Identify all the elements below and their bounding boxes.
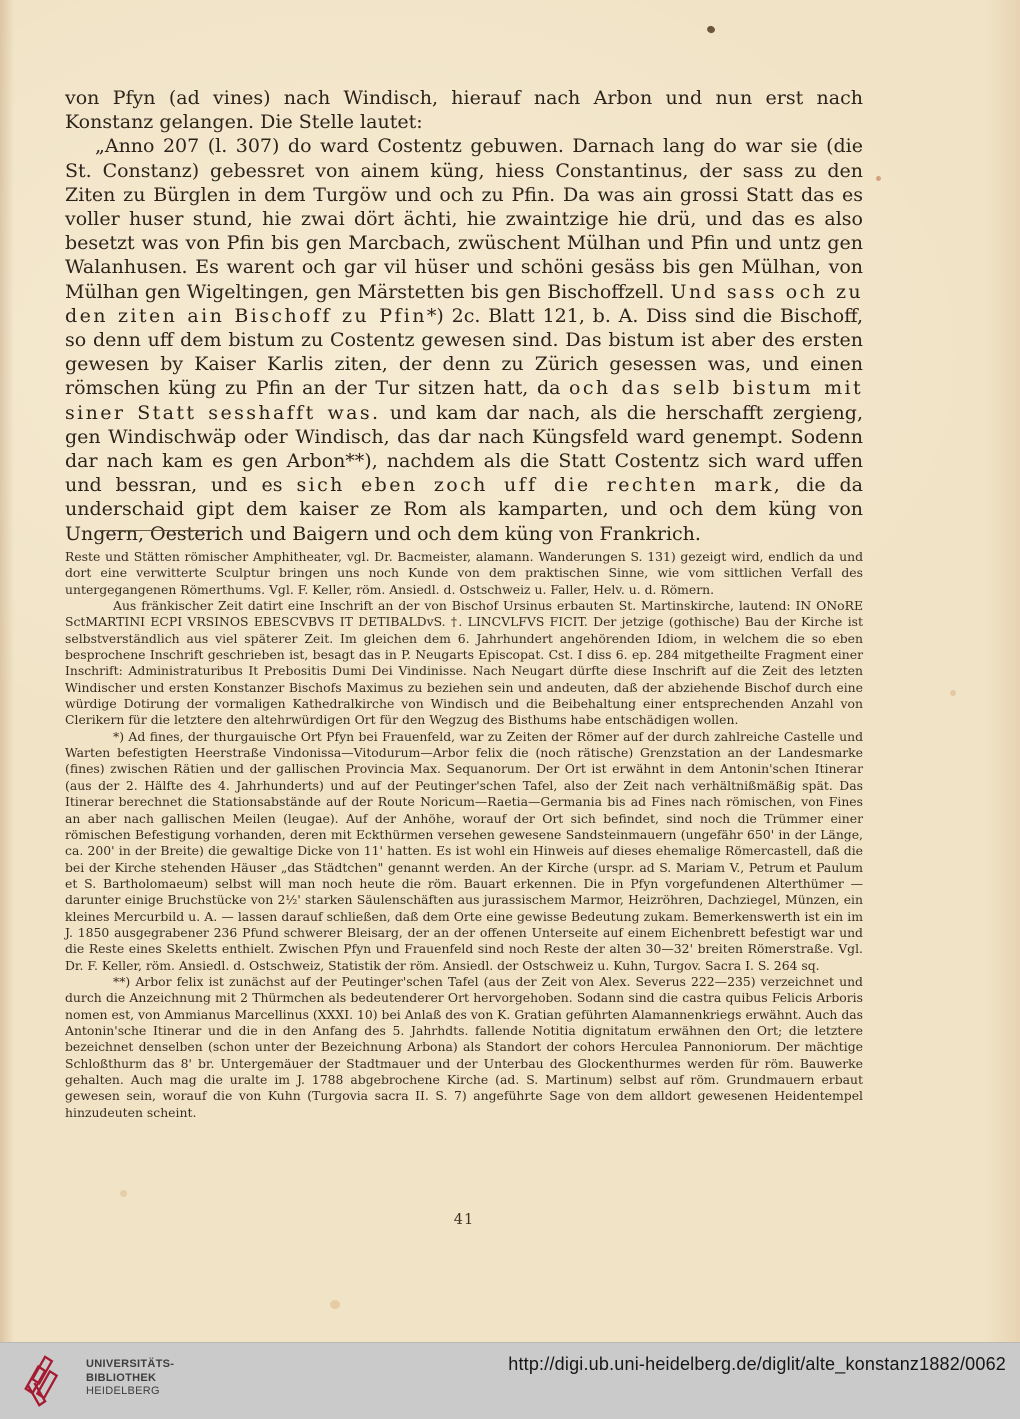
quote-emphasized-text: sich eben zoch uff die rechten mark, (296, 474, 782, 496)
footnote-continuation: Reste und Stätten römischer Amphitheater… (65, 549, 863, 598)
chronicle-quote-paragraph: „Anno 207 (l. 307) do ward Costentz gebu… (65, 134, 863, 545)
library-name-line3: HEIDELBERG (86, 1385, 174, 1399)
library-name-line1: UNIVERSITÄTS- (86, 1358, 174, 1372)
paper-stain (120, 1190, 127, 1197)
document-url: http://digi.ub.uni-heidelberg.de/diglit/… (508, 1354, 1006, 1375)
paper-stain (950, 690, 956, 696)
footnote-star: *) Ad fines, der thurgauische Ort Pfyn b… (65, 729, 863, 974)
scanned-book-page: von Pfyn (ad vines) nach Windisch, hiera… (0, 0, 1020, 1419)
page-number: 41 (65, 1212, 863, 1228)
university-library-logo-icon (18, 1352, 76, 1410)
paper-stain (876, 176, 881, 181)
quote-text: „Anno 207 (l. 307) do ward Costentz gebu… (65, 135, 863, 302)
main-text-block: von Pfyn (ad vines) nach Windisch, hiera… (65, 86, 863, 546)
library-footer-bar: UNIVERSITÄTS- BIBLIOTHEK HEIDELBERG http… (0, 1342, 1020, 1419)
paper-stain (706, 25, 716, 34)
footnote-separator-rule (100, 530, 220, 531)
library-name: UNIVERSITÄTS- BIBLIOTHEK HEIDELBERG (86, 1358, 174, 1399)
intro-paragraph: von Pfyn (ad vines) nach Windisch, hiera… (65, 86, 863, 134)
footnotes-block: Reste und Stätten römischer Amphitheater… (65, 530, 863, 1121)
footnote-inscription: Aus fränkischer Zeit datirt eine Inschri… (65, 598, 863, 729)
paper-stain (330, 1300, 340, 1309)
footnote-double-star: **) Arbor felix ist zunächst auf der Peu… (65, 974, 863, 1121)
library-name-line2: BIBLIOTHEK (86, 1372, 174, 1386)
